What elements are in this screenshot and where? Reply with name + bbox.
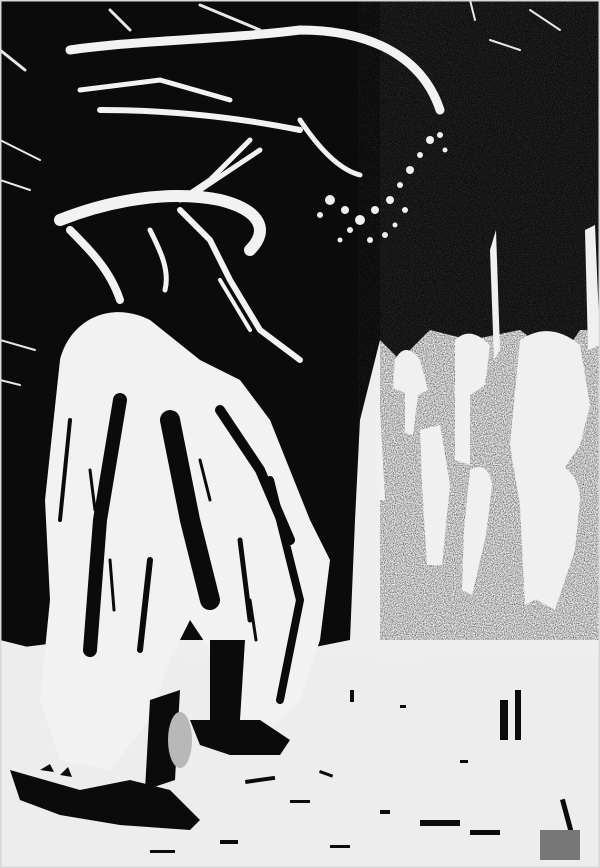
artwork-print <box>0 0 600 868</box>
grey-patch <box>168 712 192 768</box>
woodcut-image <box>0 0 600 868</box>
